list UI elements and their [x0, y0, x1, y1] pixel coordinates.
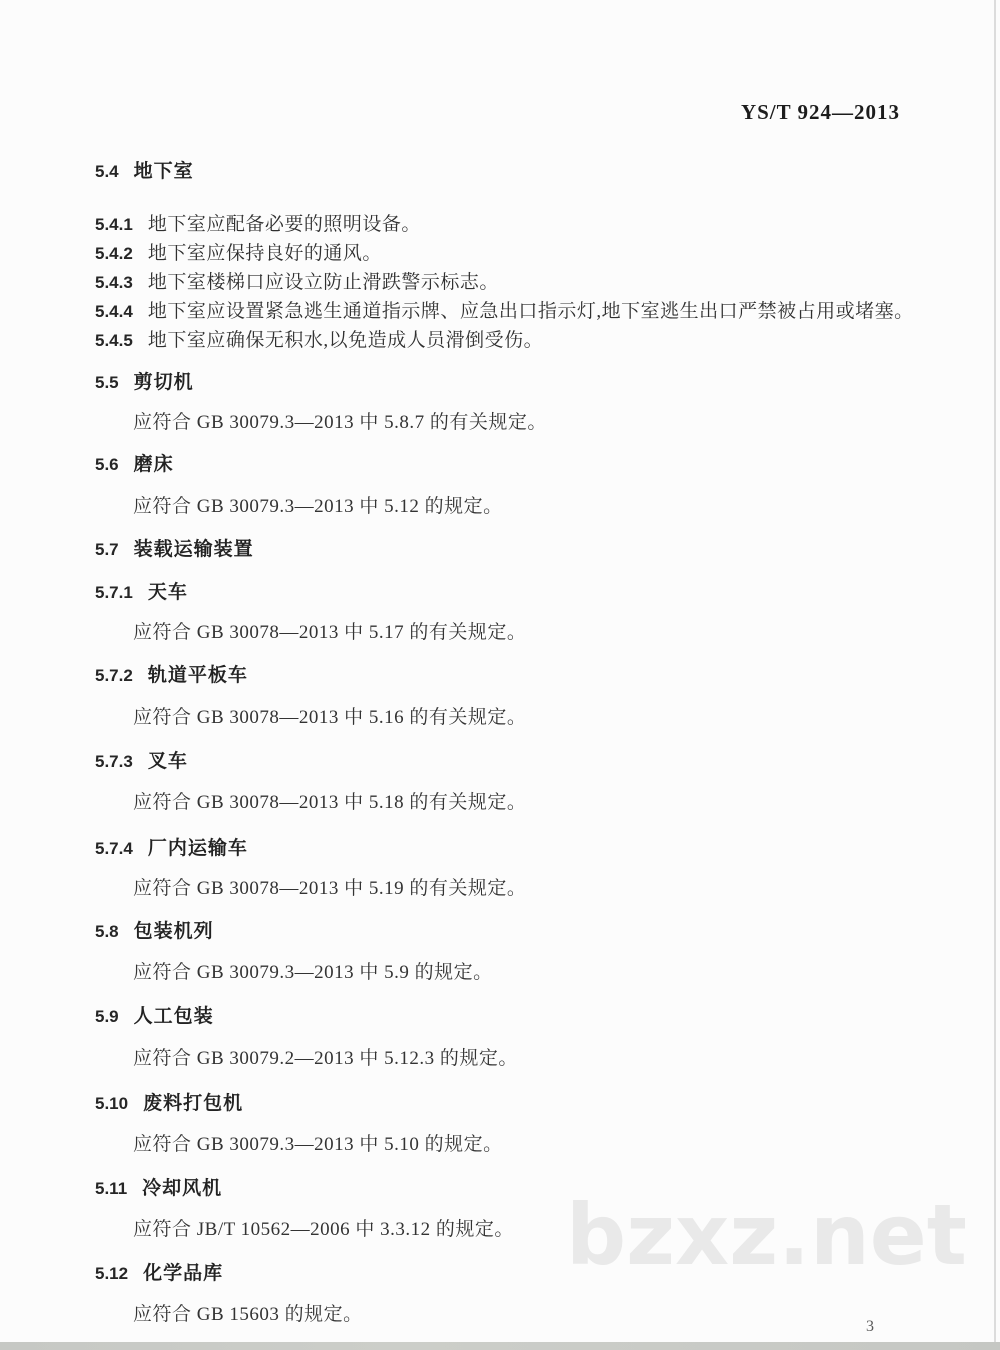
section-heading-5-11: 5.11冷却风机: [95, 1178, 222, 1201]
clause-body-5-11: 应符合 JB/T 10562—2006 中 3.3.12 的规定。: [133, 1219, 514, 1242]
section-title: 叉车: [148, 751, 188, 772]
section-title: 包装机列: [134, 921, 214, 942]
section-title: 剪切机: [134, 372, 194, 393]
clause-body-5-8: 应符合 GB 30079.3—2013 中 5.9 的规定。: [133, 962, 493, 985]
section-title: 冷却风机: [142, 1178, 222, 1199]
clause-5-4-5: 5.4.5地下室应确保无积水,以免造成人员滑倒受伤。: [95, 330, 543, 353]
section-heading-5-8: 5.8包装机列: [95, 921, 214, 944]
clause-text: 地下室楼梯口应设立防止滑跌警示标志。: [148, 272, 499, 293]
section-title: 磨床: [134, 454, 174, 475]
clause-body-5-5: 应符合 GB 30079.3—2013 中 5.8.7 的有关规定。: [133, 412, 547, 435]
clause-body-5-12: 应符合 GB 15603 的规定。: [133, 1304, 363, 1327]
watermark: bzxz.net: [566, 1186, 967, 1284]
section-heading-5-9: 5.9人工包装: [95, 1006, 214, 1029]
clause-text: 地下室应确保无积水,以免造成人员滑倒受伤。: [148, 330, 543, 351]
clause-body-5-10: 应符合 GB 30079.3—2013 中 5.10 的规定。: [133, 1134, 503, 1157]
clause-text: 地下室应配备必要的照明设备。: [148, 214, 421, 235]
clause-number: 5.4.4: [95, 302, 133, 321]
clause-5-4-1: 5.4.1地下室应配备必要的照明设备。: [95, 214, 421, 237]
clause-number: 5.4.3: [95, 273, 133, 292]
clause-body-5-7-4: 应符合 GB 30078—2013 中 5.19 的有关规定。: [133, 878, 526, 901]
section-title: 厂内运输车: [148, 838, 248, 859]
clause-body-5-7-3: 应符合 GB 30078—2013 中 5.18 的有关规定。: [133, 792, 526, 815]
clause-text: 地下室应保持良好的通风。: [148, 243, 382, 264]
section-heading-5-10: 5.10废料打包机: [95, 1093, 243, 1116]
section-number: 5.12: [95, 1264, 128, 1283]
section-title: 废料打包机: [143, 1093, 243, 1114]
section-heading-5-7-3: 5.7.3叉车: [95, 751, 188, 774]
clause-body-5-9: 应符合 GB 30079.2—2013 中 5.12.3 的规定。: [133, 1048, 518, 1071]
section-title: 地下室: [134, 161, 194, 182]
section-number: 5.6: [95, 455, 119, 474]
section-number: 5.11: [95, 1179, 127, 1198]
clause-number: 5.4.5: [95, 331, 133, 350]
section-heading-5-6: 5.6磨床: [95, 454, 174, 477]
section-title: 装载运输装置: [134, 539, 254, 560]
section-number: 5.10: [95, 1094, 128, 1113]
clause-text: 地下室应设置紧急逃生通道指示牌、应急出口指示灯,地下室逃生出口严禁被占用或堵塞。: [148, 301, 914, 322]
section-heading-5-4: 5.4地下室: [95, 161, 194, 184]
scan-edge-right: [994, 0, 996, 1350]
page-number: 3: [866, 1318, 874, 1336]
clause-number: 5.4.1: [95, 215, 133, 234]
section-heading-5-5: 5.5剪切机: [95, 372, 194, 395]
section-heading-5-7-4: 5.7.4厂内运输车: [95, 838, 248, 861]
section-number: 5.4: [95, 162, 119, 181]
section-number: 5.5: [95, 373, 119, 392]
section-heading-5-7-2: 5.7.2轨道平板车: [95, 665, 248, 688]
section-title: 轨道平板车: [148, 665, 248, 686]
doc-code: YS/T 924—2013: [741, 100, 900, 125]
section-title: 人工包装: [134, 1006, 214, 1027]
clause-body-5-7-2: 应符合 GB 30078—2013 中 5.16 的有关规定。: [133, 707, 526, 730]
section-title: 天车: [148, 582, 188, 603]
section-heading-5-12: 5.12化学品库: [95, 1263, 223, 1286]
section-number: 5.7.4: [95, 839, 133, 858]
section-title: 化学品库: [143, 1263, 223, 1284]
section-number: 5.7: [95, 540, 119, 559]
clause-5-4-2: 5.4.2地下室应保持良好的通风。: [95, 243, 382, 266]
section-number: 5.7.2: [95, 666, 133, 685]
section-number: 5.8: [95, 922, 119, 941]
document-page: YS/T 924—2013 5.4地下室 5.4.1地下室应配备必要的照明设备。…: [0, 0, 1000, 1350]
clause-5-4-4: 5.4.4地下室应设置紧急逃生通道指示牌、应急出口指示灯,地下室逃生出口严禁被占…: [95, 301, 914, 324]
section-number: 5.9: [95, 1007, 119, 1026]
section-number: 5.7.1: [95, 583, 133, 602]
clause-body-5-6: 应符合 GB 30079.3—2013 中 5.12 的规定。: [133, 496, 503, 519]
section-number: 5.7.3: [95, 752, 133, 771]
clause-5-4-3: 5.4.3地下室楼梯口应设立防止滑跌警示标志。: [95, 272, 499, 295]
clause-body-5-7-1: 应符合 GB 30078—2013 中 5.17 的有关规定。: [133, 622, 526, 645]
section-heading-5-7: 5.7装载运输装置: [95, 539, 254, 562]
section-heading-5-7-1: 5.7.1天车: [95, 582, 188, 605]
scan-edge-bottom: [0, 1342, 1000, 1350]
clause-number: 5.4.2: [95, 244, 133, 263]
